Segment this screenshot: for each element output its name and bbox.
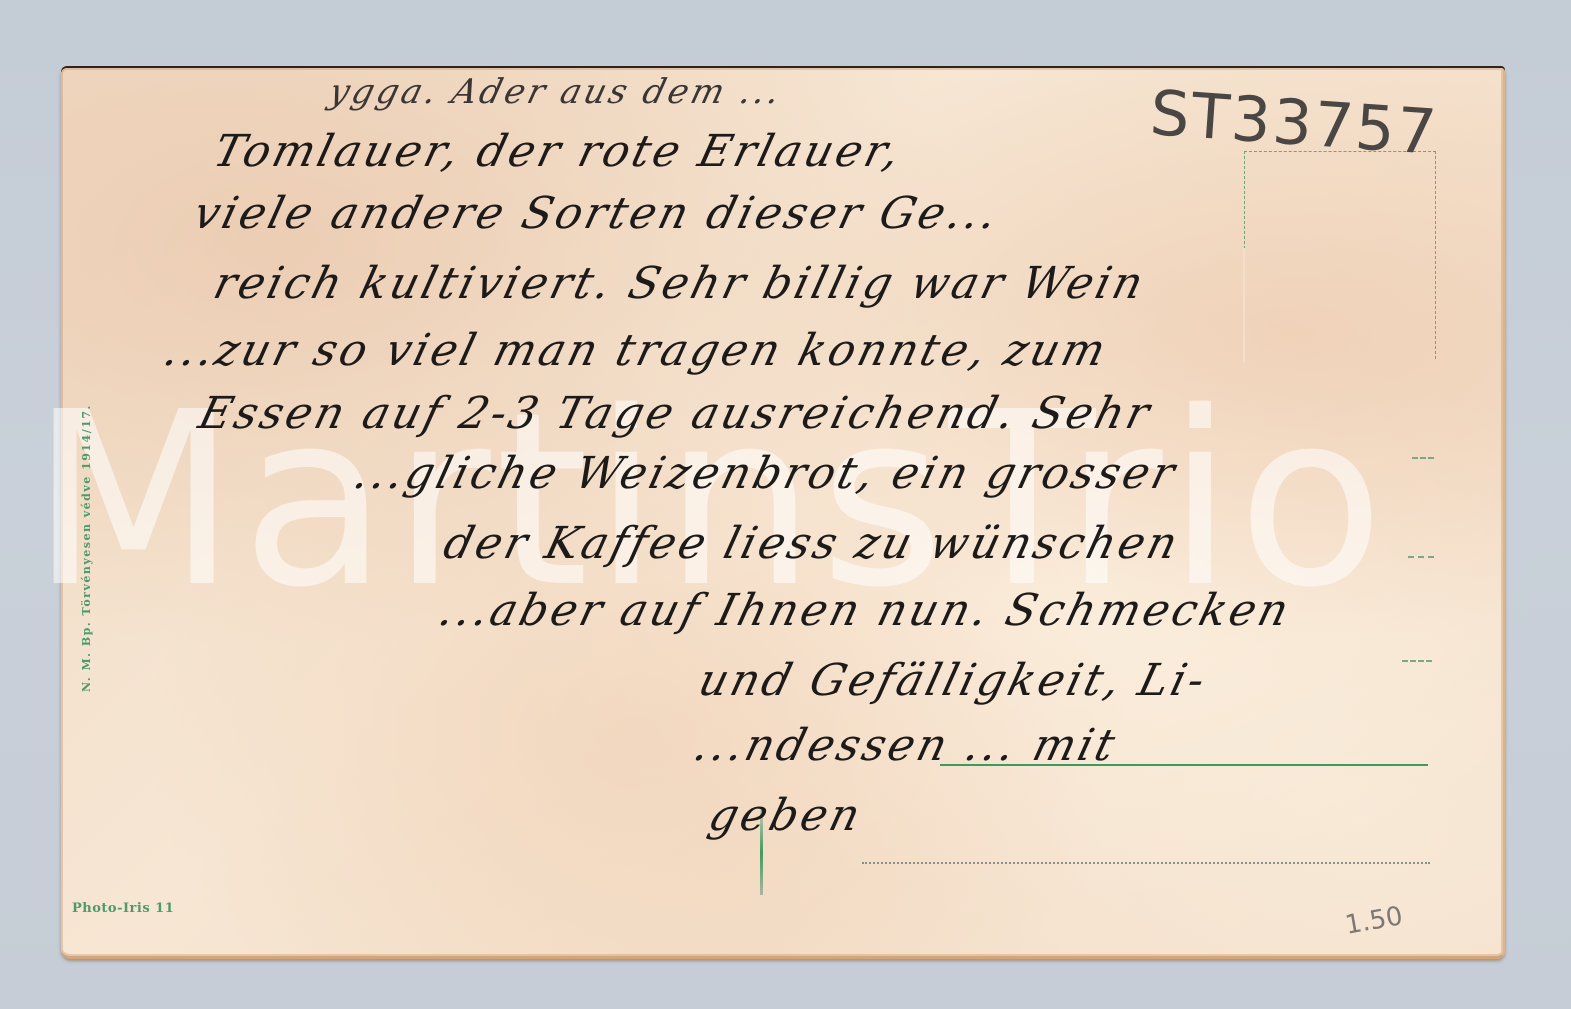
- handwriting-line-1: ygga. Ader aus dem ...: [325, 72, 787, 112]
- handwriting-line-2: Tomlauer, der rote Erlauer,: [209, 126, 908, 177]
- handwriting-line-4: reich kultiviert. Sehr billig war Wein: [209, 258, 1151, 309]
- handwriting-line-8: der Kaffee liess zu wünschen: [439, 518, 1186, 569]
- handwriting-line-9: ...aber auf Ihnen nun. Schmecken: [434, 585, 1297, 636]
- handwriting-line-7: ...gliche Weizenbrot, ein grosser: [349, 448, 1183, 499]
- stamp-placeholder-box: [1244, 151, 1436, 359]
- series-label: Photo-Iris 11: [72, 901, 174, 916]
- handwriting-line-10: und Gefälligkeit, Li-: [694, 655, 1213, 706]
- address-tick-3: [1402, 660, 1432, 662]
- publisher-imprint: N. M. Bp. Törvényesen védve 1914/17.: [80, 404, 93, 692]
- address-tick-2: [1408, 556, 1434, 558]
- handwriting-line-12: geben: [704, 790, 868, 841]
- address-tick-1: [1412, 457, 1434, 459]
- handwriting-line-6: Essen auf 2-3 Tage ausreichend. Sehr: [194, 388, 1158, 439]
- handwriting-line-5: ...zur so viel man tragen konnte, zum: [159, 325, 1114, 376]
- handwriting-line-11: ...ndessen ... mit: [689, 720, 1123, 771]
- handwriting-line-3: viele andere Sorten dieser Ge...: [189, 188, 1005, 239]
- address-line-2: [862, 862, 1430, 864]
